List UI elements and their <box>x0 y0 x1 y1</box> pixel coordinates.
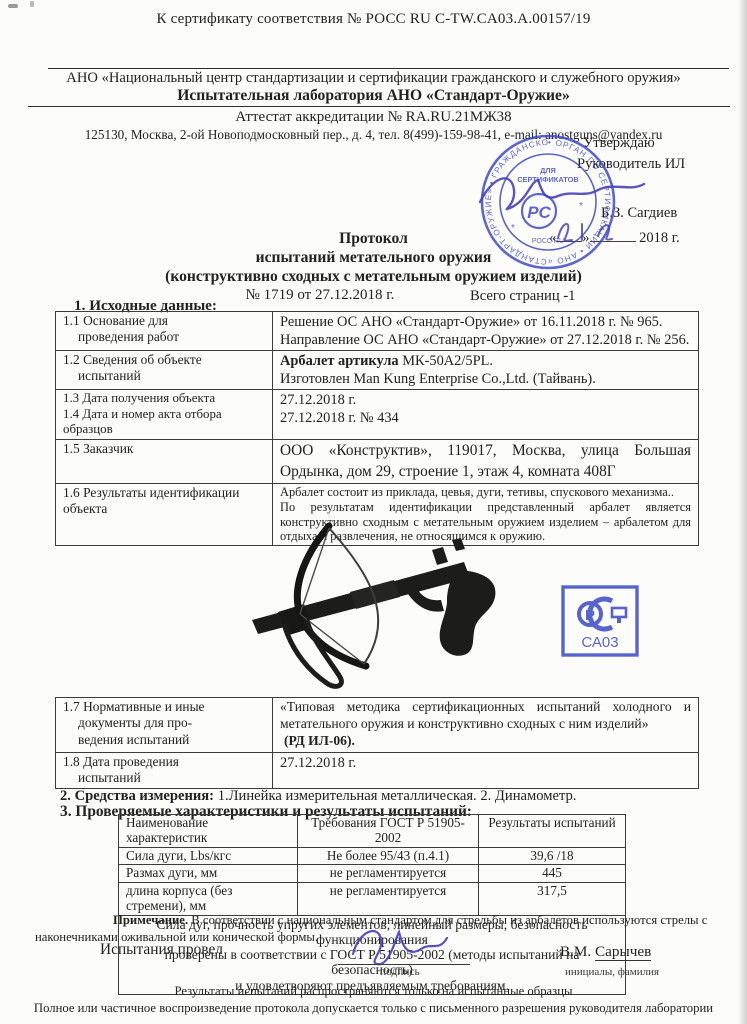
scan-speck <box>8 4 18 8</box>
scan-edge-shadow <box>738 0 747 1024</box>
rst-conformity-stamp: Р СА03 <box>560 584 640 658</box>
examiner-signature-ink <box>345 922 460 966</box>
svg-text:Р: Р <box>585 607 595 624</box>
footer-line1: Результаты испытаний распространяются то… <box>0 984 747 999</box>
table-row: 1.1 Основание для проведения работ Решен… <box>56 312 699 351</box>
row-1-1-label: 1.1 Основание для <box>63 313 265 329</box>
protocol-title-line1: Протокол <box>0 230 747 248</box>
results-header-row: Наименование характеристик Требования ГО… <box>119 815 626 848</box>
row-1-4-label: 1.4 Дата и номер акта отбора образцов <box>63 407 265 438</box>
examiner-name-caption: инициалы, фамилия <box>565 966 659 978</box>
table-row: 1.5 Заказчик ООО «Конструктив», 119017, … <box>56 440 699 484</box>
laboratory-name: Испытательная лаборатория АНО «Стандарт-… <box>0 87 747 105</box>
table-row: Сила дуги, Lbs/кгс Не более 95/43 (п.4.1… <box>119 847 626 865</box>
row-1-7-label: 1.7 Нормативные и иные <box>63 699 265 715</box>
table-row: 1.7 Нормативные и иные документы для про… <box>56 698 699 753</box>
row-1-1-value1: Решение ОС АНО «Стандарт-Оружие» от 16.1… <box>280 313 691 331</box>
initial-data-table: 1.1 Основание для проведения работ Решен… <box>55 311 699 546</box>
table-row: 1.3 Дата получения объекта 1.4 Дата и но… <box>56 390 699 440</box>
rst-stamp-code: СА03 <box>581 634 618 651</box>
row-1-5-label: 1.5 Заказчик <box>56 440 273 484</box>
protocol-title-line2: испытаний метательного оружия <box>0 249 747 267</box>
header-rule-bottom <box>28 106 730 107</box>
results-col1-header: Наименование характеристик <box>119 815 298 848</box>
results-table: Наименование характеристик Требования ГО… <box>118 814 626 995</box>
pages-count: Всего страниц -1 <box>470 288 575 305</box>
signature-caption: подпись <box>380 966 420 978</box>
table-row: 1.8 Дата проведения испытаний 27.12.2018… <box>56 753 699 789</box>
row-1-4-value: 27.12.2018 г. № 434 <box>280 409 691 427</box>
footer-line2: Полное или частичное воспроизведение про… <box>0 1001 747 1016</box>
table-row: длина корпуса (без стремени), мм не регл… <box>119 883 626 916</box>
table-row: Размах дуги, мм не регламентируется 445 <box>119 865 626 883</box>
row-1-2-value1: Арбалет артикула МК-50А2/5PL. <box>280 352 691 370</box>
row-1-6-value1: Арбалет состоит из приклада, цевья, дуги… <box>280 485 691 500</box>
row-1-2-label: 1.2 Сведения об объекте <box>63 352 265 368</box>
row-1-3-value: 27.12.2018 г. <box>280 391 691 409</box>
row-1-7-value3: (РД ИЛ-06). <box>280 733 691 750</box>
table-row: 1.2 Сведения об объекте испытаний Арбале… <box>56 351 699 390</box>
approver-signature-ink <box>472 168 652 216</box>
signature-line <box>338 964 470 965</box>
results-col3-header: Результаты испытаний <box>479 815 626 848</box>
approval-word: Утверждаю <box>583 135 655 152</box>
results-col2-header: Требования ГОСТ Р 51905-2002 <box>298 815 479 848</box>
performed-by-label: Испытания провел <box>100 941 223 959</box>
protocol-title-line3: (конструктивно сходных с метательным ору… <box>0 268 747 286</box>
certificate-reference-line: К сертификату соответствия № РОСС RU C-T… <box>0 11 747 28</box>
scan-speck <box>30 1 34 7</box>
section2-value: 1.Линейка измерительная металлическая. 2… <box>214 788 576 804</box>
row-1-8-value: 27.12.2018 г. <box>273 753 699 789</box>
crossbow-photo <box>232 520 542 700</box>
row-1-3-label: 1.3 Дата получения объекта <box>63 391 265 407</box>
row-1-6-label: 1.6 Результаты идентификации <box>63 485 265 501</box>
normative-docs-table: 1.7 Нормативные и иные документы для про… <box>55 697 699 789</box>
row-1-5-value: ООО «Конструктив», 119017, Москва, улица… <box>273 440 699 484</box>
row-1-7-value: «Типовая методика сертификационных испыт… <box>280 699 691 733</box>
row-1-1-value2: Направление ОС АНО «Стандарт-Оружие» от … <box>280 331 691 349</box>
organization-name: АНО «Национальный центр стандартизации и… <box>0 70 747 87</box>
section2-label: 2. Средства измерения: <box>60 788 214 804</box>
row-1-8-label: 1.8 Дата проведения <box>63 754 265 770</box>
header-rule-top <box>48 68 729 69</box>
accreditation-line: Аттестат аккредитации № RA.RU.21МЖ38 <box>0 109 747 126</box>
scanned-protocol-document: К сертификату соответствия № РОСС RU C-T… <box>0 0 747 1024</box>
note-label: Примечание. <box>113 913 188 927</box>
examiner-name: В.М. Сарычев <box>560 943 651 961</box>
row-1-2-value2: Изготовлен Man Kung Enterprise Co.,Ltd. … <box>280 370 691 388</box>
